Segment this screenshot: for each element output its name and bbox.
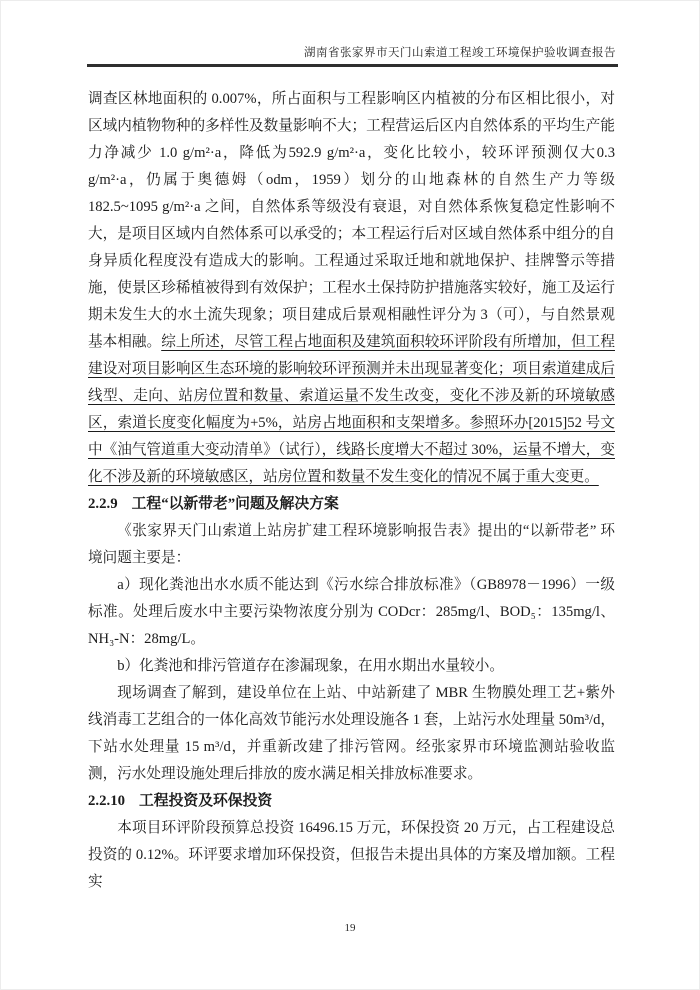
section-number-2-2-10: 2.2.10	[88, 793, 125, 809]
paragraph-item-b: b）化粪池和排污管道存在渗漏现象，在用水期出水量较小。	[88, 653, 615, 680]
report-header-title: 湖南省张家界市天门山索道工程竣工环境保护验收调查报告	[304, 44, 616, 60]
header-divider	[87, 64, 618, 67]
ecology-paragraph-text: 调查区林地面积的 0.007%，所占面积与工程影响区内植被的分布区相比很小，对区…	[88, 91, 615, 350]
paragraph-item-a: a）现化粪池出水水质不能达到《污水综合排放标准》（GB8978－1996）一级标…	[88, 572, 615, 653]
section-title-2-2-10: 工程投资及环保投资	[139, 793, 272, 809]
paragraph-old-problems-intro: 《张家界天门山索道上站房扩建工程环境影响报告表》提出的“以新带老” 环境问题主要…	[88, 518, 615, 572]
section-number-2-2-9: 2.2.9	[88, 496, 118, 512]
section-heading-2-2-9: 2.2.9工程“以新带老”问题及解决方案	[88, 491, 615, 518]
paragraph-ecology-conclusion: 调查区林地面积的 0.007%，所占面积与工程影响区内植被的分布区相比很小，对区…	[88, 86, 615, 491]
paragraph-solution: 现场调查了解到，建设单位在上站、中站新建了 MBR 生物膜处理工艺+紫外线消毒工…	[88, 680, 615, 788]
document-body: 调查区林地面积的 0.007%，所占面积与工程影响区内植被的分布区相比很小，对区…	[88, 86, 615, 896]
section-title-2-2-9: 工程“以新带老”问题及解决方案	[132, 496, 339, 512]
page-number: 19	[0, 922, 700, 934]
section-heading-2-2-10: 2.2.10工程投资及环保投资	[88, 788, 615, 815]
document-page: 湖南省张家界市天门山索道工程竣工环境保护验收调查报告 调查区林地面积的 0.00…	[0, 0, 700, 990]
ecology-underlined-conclusion: 综上所述，尽管工程占地面积及建筑面积较环评阶段有所增加，但工程建设对项目影响区生…	[88, 334, 615, 485]
paragraph-investment: 本项目环评阶段预算总投资 16496.15 万元，环保投资 20 万元，占工程建…	[88, 815, 615, 896]
